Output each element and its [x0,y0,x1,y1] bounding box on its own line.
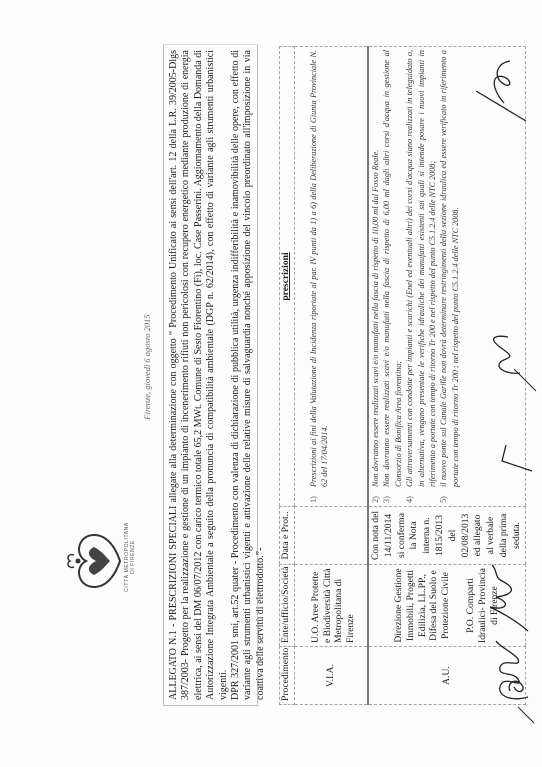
column-header-procedimento: Procedimento [280,647,295,705]
table-header-row: Procedimento Ente/ufficio/Società Data e… [280,47,295,705]
table-row: V.I.A. U.O. Aree Protette e Biodiversità… [295,47,369,705]
item-number: 3) [381,487,404,503]
document-page: CITTÀ METROPOLITANA DI FIRENZE Firenze, … [0,0,542,767]
item-number: 2) [370,487,381,503]
intro-box: ALLEGATO N.1 - PRESCRIZIONI SPECIALI all… [163,44,258,706]
ente-text: U.O. Aree Protette e Biodiversità Città … [310,568,356,643]
cell-data-prot: Con nota del 14/11/2014 si conferma la N… [368,507,525,565]
signature-1-icon [488,637,542,727]
column-header-data-prot: Data e Prot.. [280,507,295,565]
item-number: 1) [308,487,331,503]
column-header-prescrizioni: prescrizioni [280,47,295,507]
list-item: 5) il nuovo ponte sul Canale Garille non… [438,50,461,503]
cell-ente: U.O. Aree Protette e Biodiversità Città … [295,565,369,647]
item-text: Gli attraversamenti con condotte per imp… [404,50,438,487]
item-number: 4) [404,487,438,503]
prescriptions-list: 2) Non dovranno essere realizzati scavi … [370,50,461,503]
list-item: 3) Non dovranno essere realizzati scavi … [381,50,404,503]
logo-text: CITTÀ METROPOLITANA DI FIRENZE [124,507,136,607]
item-text: il nuovo ponte sul Canale Garille non do… [438,50,461,487]
intro-paragraph-1: ALLEGATO N.1 - PRESCRIZIONI SPECIALI all… [168,50,230,700]
signature-5-icon [470,57,535,127]
prescriptions-list: 1) Prescrizioni ai fini della Valutazion… [308,50,331,503]
document-date: Firenze, giovedì 6 agosto 2015 [142,267,152,467]
logo-text-line2: DI FIRENZE [130,507,136,607]
list-item: 1) Prescrizioni ai fini della Valutazion… [308,50,331,503]
list-item: 2) Non dovranno essere realizzati scavi … [370,50,381,503]
cell-procedimento: V.I.A. [295,647,369,705]
cell-prescrizioni: 1) Prescrizioni ai fini della Valutazion… [295,47,369,507]
city-coat-of-arms-icon [64,525,124,597]
item-number: 5) [438,487,461,503]
list-item: 4) Gli attraversamenti con condotte per … [404,50,438,503]
signature-4-icon [484,325,542,395]
intro-paragraph-2: DPR 327/2001 smi, art.52 quater - Proced… [230,50,267,700]
item-text: Prescrizioni ai fini della Valutazione d… [308,50,331,487]
cell-data-prot [295,507,369,565]
column-header-ente: Ente/ufficio/Società [280,565,295,647]
item-text: Non dovranno essere realizzati scavi e/o… [370,50,381,487]
item-text: Non dovranno essere realizzati scavi e/o… [381,50,404,487]
signature-3-icon [492,425,542,485]
signature-2-icon [484,557,539,637]
ente-text-1: Direzione Gestione Immobili, Progetti Ed… [393,568,451,643]
